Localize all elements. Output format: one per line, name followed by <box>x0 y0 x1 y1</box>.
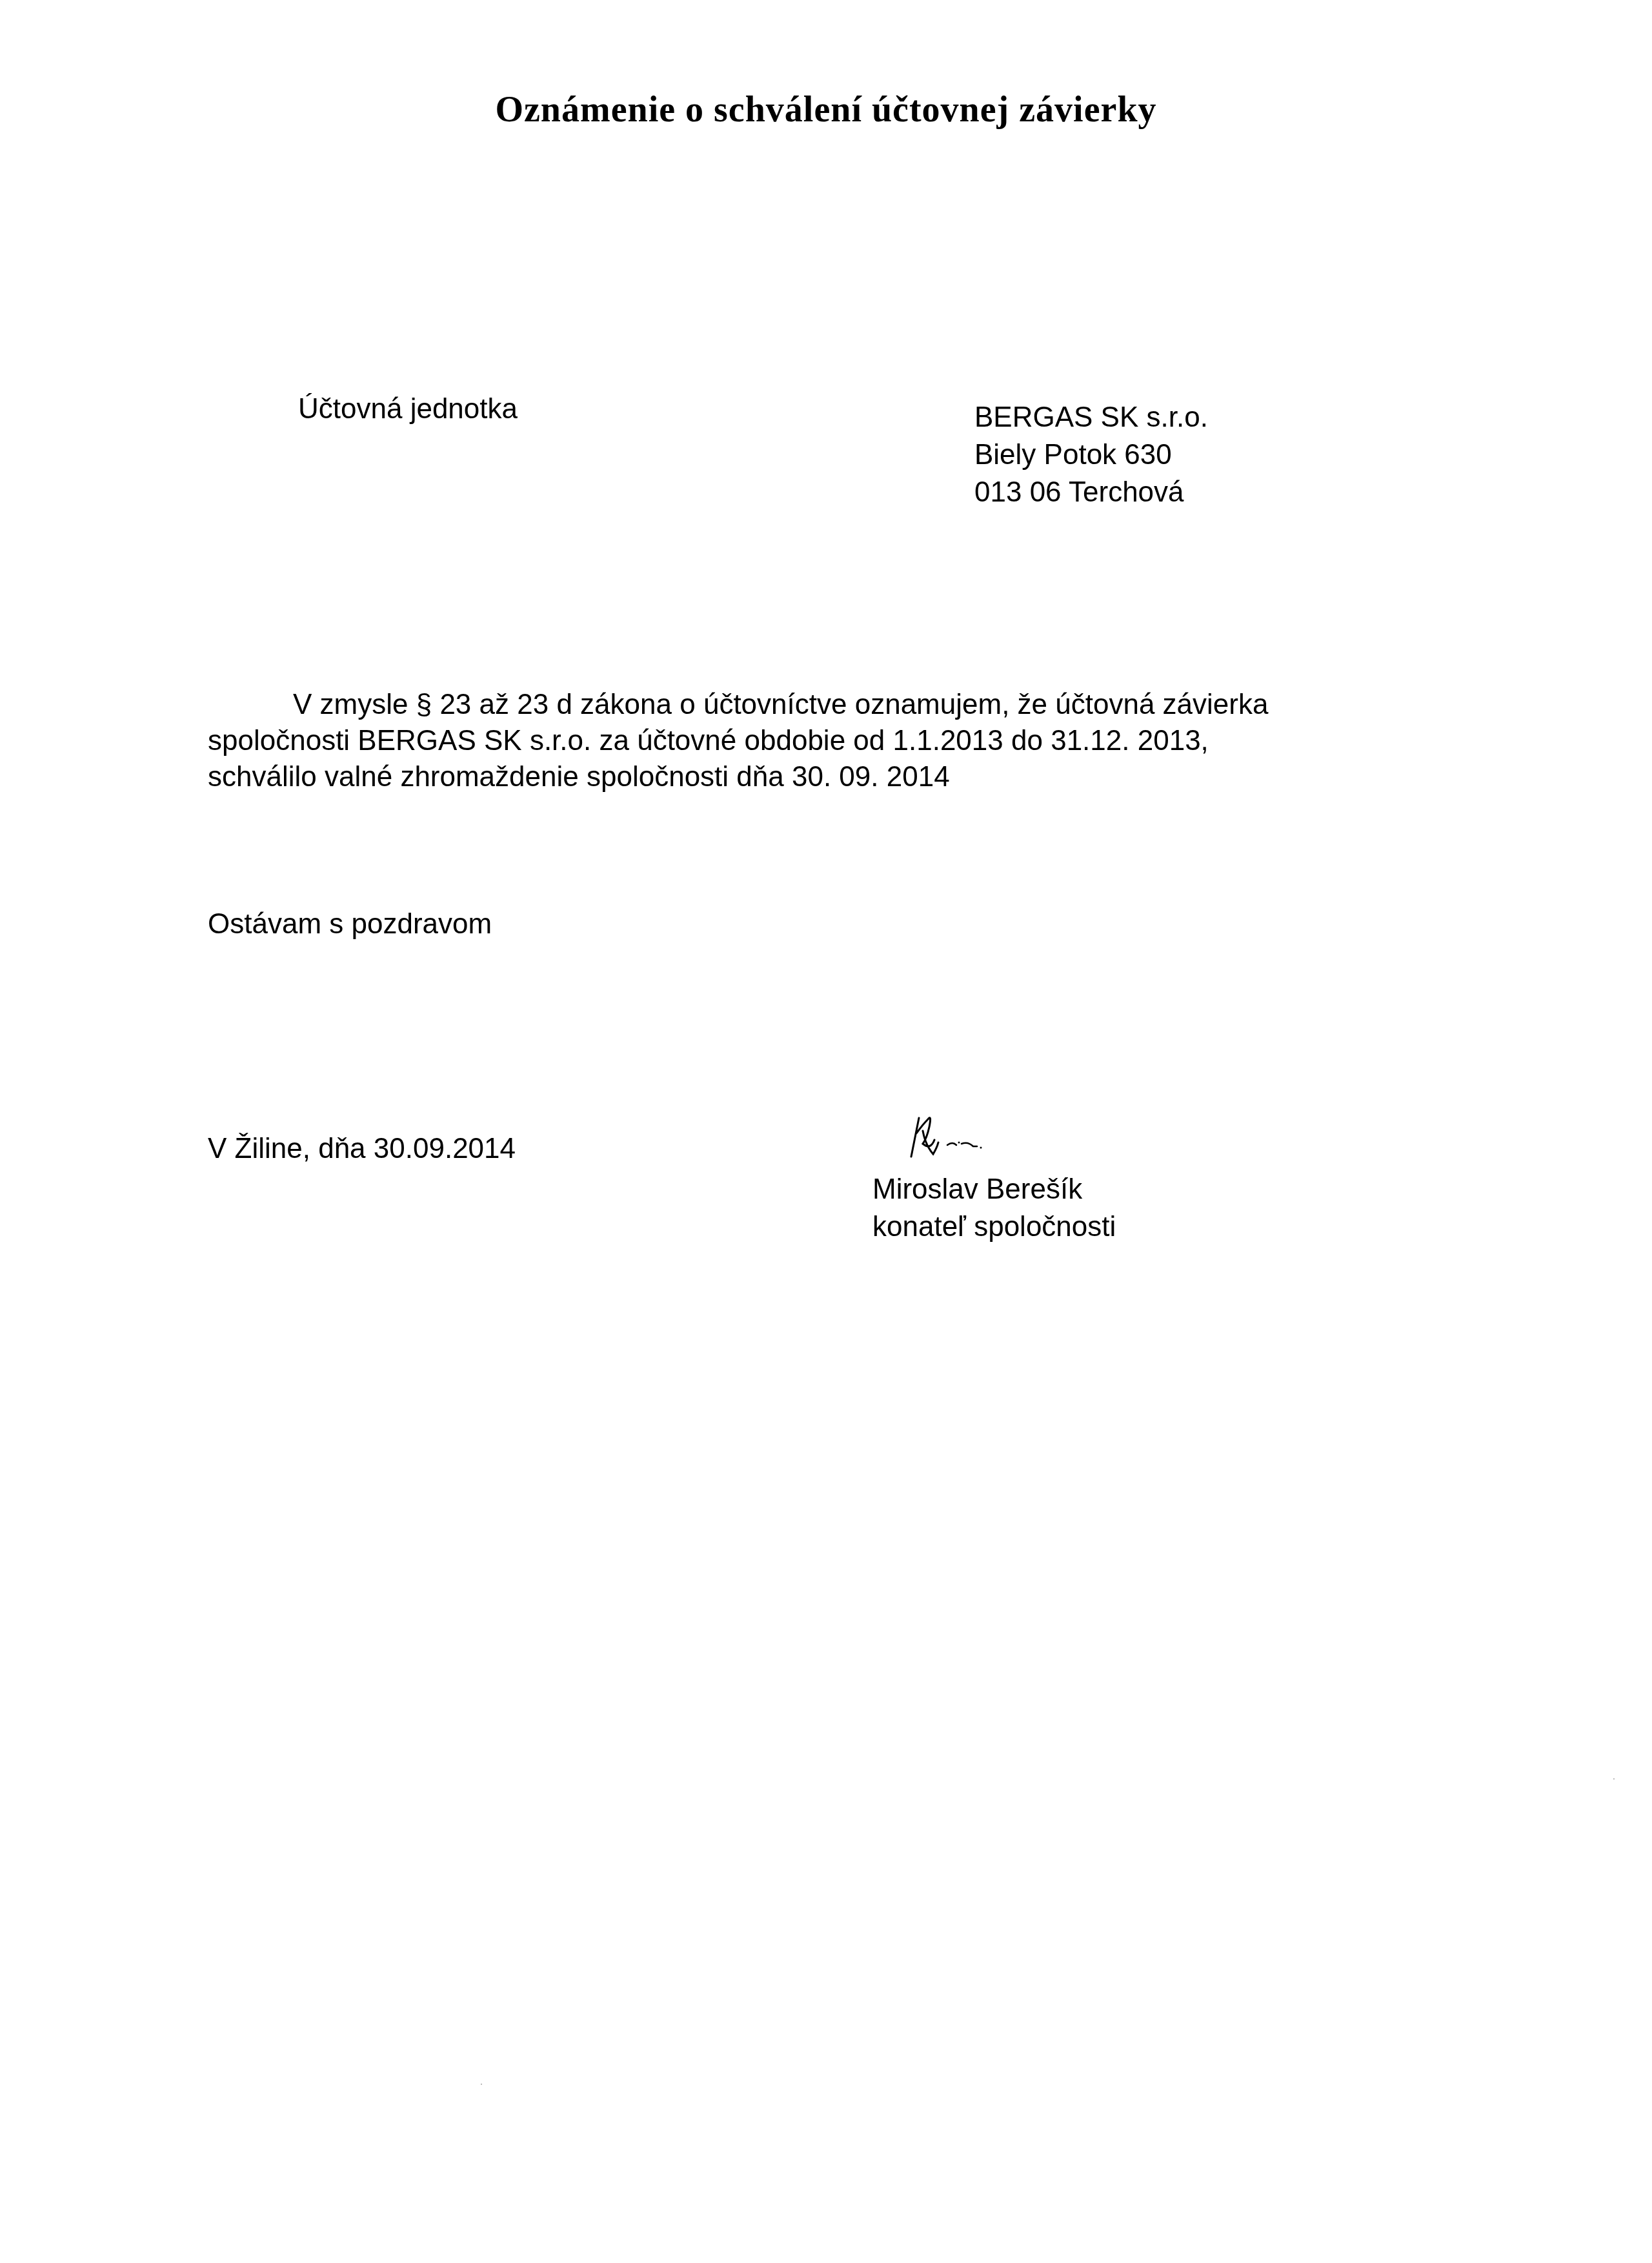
paragraph-line: spoločnosti BERGAS SK s.r.o. za účtovné … <box>208 723 1434 759</box>
document-title: Oznámenie o schválení účtovnej závierky <box>0 89 1652 130</box>
notice-paragraph: V zmysle § 23 až 23 d zákona o účtovníct… <box>208 687 1434 795</box>
paragraph-line: schválilo valné zhromaždenie spoločnosti… <box>208 759 1434 795</box>
signer-role: konateľ spoločnosti <box>872 1208 1116 1246</box>
scan-speck <box>481 2084 482 2085</box>
scan-speck <box>1613 1778 1615 1780</box>
company-address: BERGAS SK s.r.o. Biely Potok 630 013 06 … <box>974 399 1208 511</box>
accounting-unit-label: Účtovná jednotka <box>298 391 518 427</box>
company-city: 013 06 Terchová <box>974 474 1208 511</box>
paragraph-line: V zmysle § 23 až 23 d zákona o účtovníct… <box>208 687 1434 723</box>
handwritten-signature-icon <box>897 1105 1039 1163</box>
company-street: Biely Potok 630 <box>974 436 1208 474</box>
signer-name: Miroslav Berešík <box>872 1171 1116 1208</box>
signer-block: Miroslav Berešík konateľ spoločnosti <box>872 1171 1116 1246</box>
closing-greeting: Ostávam s pozdravom <box>208 906 492 942</box>
company-name: BERGAS SK s.r.o. <box>974 399 1208 436</box>
place-and-date: V Žiline, dňa 30.09.2014 <box>208 1131 516 1167</box>
